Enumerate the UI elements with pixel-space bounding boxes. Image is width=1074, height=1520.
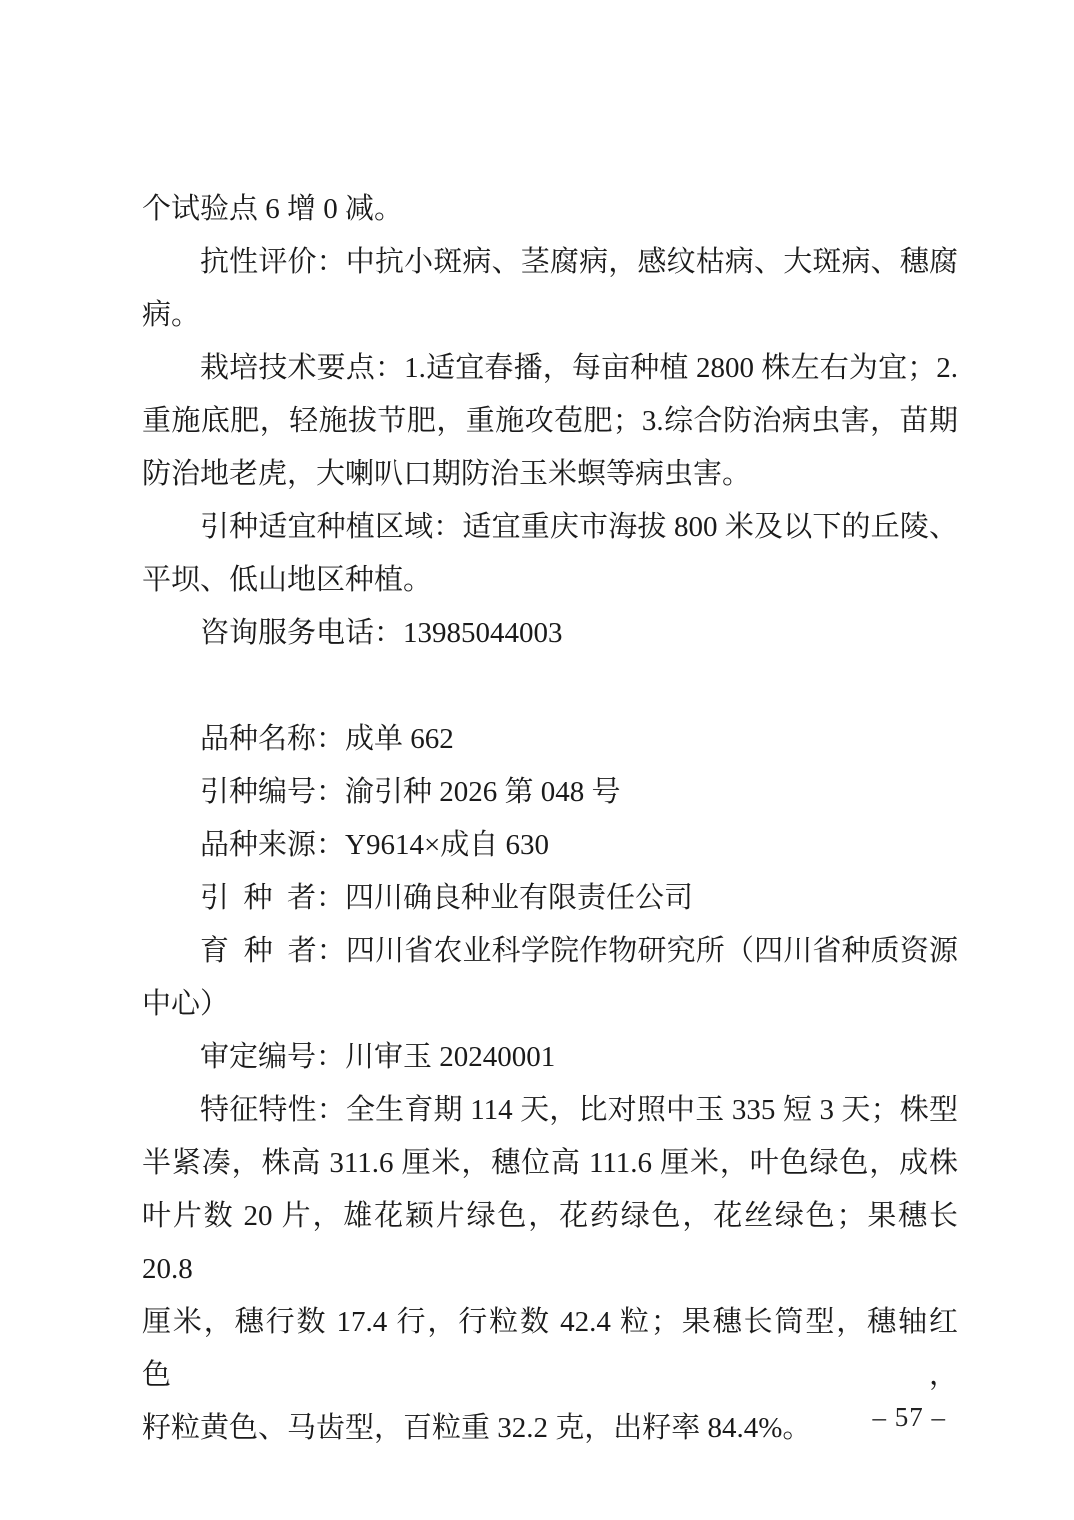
paragraph-breeder: 育 种 者：四川省农业科学院作物研究所（四川省种质资源 中心） xyxy=(142,925,958,1031)
text-line: 引种编号：渝引种 2026 第 048 号 xyxy=(142,766,958,819)
text-line: 重施底肥，轻施拔节肥，重施攻苞肥；3.综合防治病虫害，苗期 xyxy=(142,395,958,448)
text-line: 中心） xyxy=(142,978,958,1031)
text-line: 特征特性：全生育期 114 天，比对照中玉 335 短 3 天；株型 xyxy=(142,1084,958,1137)
paragraph-suitable-planting-region: 引种适宜种植区域：适宜重庆市海拔 800 米及以下的丘陵、 平坝、低山地区种植。 xyxy=(142,501,958,607)
paragraph-variety-name: 品种名称：成单 662 xyxy=(142,713,958,766)
paragraph-resistance-evaluation: 抗性评价：中抗小斑病、茎腐病，感纹枯病、大斑病、穗腐 病。 xyxy=(142,236,958,342)
text-line: 引种适宜种植区域：适宜重庆市海拔 800 米及以下的丘陵、 xyxy=(142,501,958,554)
text-line: 半紧凑，株高 311.6 厘米，穗位高 111.6 厘米，叶色绿色，成株 xyxy=(142,1137,958,1190)
text-line: 引 种 者：四川确良种业有限责任公司 xyxy=(142,872,958,925)
text-line: 厘米，穗行数 17.4 行，行粒数 42.4 粒；果穗长筒型，穗轴红色， xyxy=(142,1296,958,1402)
text-line: 防治地老虎，大喇叭口期防治玉米螟等病虫害。 xyxy=(142,448,958,501)
text-line: 病。 xyxy=(142,289,958,342)
text-line: 育 种 者：四川省农业科学院作物研究所（四川省种质资源 xyxy=(142,925,958,978)
text-line: 品种来源：Y9614×成自 630 xyxy=(142,819,958,872)
text-line: 品种名称：成单 662 xyxy=(142,713,958,766)
paragraph-trial-points: 个试验点 6 增 0 减。 xyxy=(142,183,958,236)
paragraph-variety-source: 品种来源：Y9614×成自 630 xyxy=(142,819,958,872)
paragraph-consultation-phone: 咨询服务电话：13985044003 xyxy=(142,607,958,660)
text-line: 叶片数 20 片，雄花颖片绿色，花药绿色，花丝绿色；果穗长 20.8 xyxy=(142,1190,958,1296)
paragraph-characteristics: 特征特性：全生育期 114 天，比对照中玉 335 短 3 天；株型 半紧凑，株… xyxy=(142,1084,958,1455)
paragraph-introducer: 引 种 者：四川确良种业有限责任公司 xyxy=(142,872,958,925)
document-body: 个试验点 6 增 0 减。 抗性评价：中抗小斑病、茎腐病，感纹枯病、大斑病、穗腐… xyxy=(142,183,958,1455)
text-line: 籽粒黄色、马齿型，百粒重 32.2 克，出籽率 84.4%。 xyxy=(142,1402,958,1455)
paragraph-introduction-number: 引种编号：渝引种 2026 第 048 号 xyxy=(142,766,958,819)
text-line: 抗性评价：中抗小斑病、茎腐病，感纹枯病、大斑病、穗腐 xyxy=(142,236,958,289)
text-line: 审定编号：川审玉 20240001 xyxy=(142,1031,958,1084)
paragraph-cultivation-techniques: 栽培技术要点：1.适宜春播，每亩种植 2800 株左右为宜；2. 重施底肥，轻施… xyxy=(142,342,958,501)
page-footer: – 57 – xyxy=(873,1402,947,1433)
page-number: – 57 – xyxy=(873,1402,947,1432)
text-line: 栽培技术要点：1.适宜春播，每亩种植 2800 株左右为宜；2. xyxy=(142,342,958,395)
text-line: 平坝、低山地区种植。 xyxy=(142,554,958,607)
paragraph-approval-number: 审定编号：川审玉 20240001 xyxy=(142,1031,958,1084)
text-line: 咨询服务电话：13985044003 xyxy=(142,607,958,660)
text-line: 个试验点 6 增 0 减。 xyxy=(142,183,958,236)
